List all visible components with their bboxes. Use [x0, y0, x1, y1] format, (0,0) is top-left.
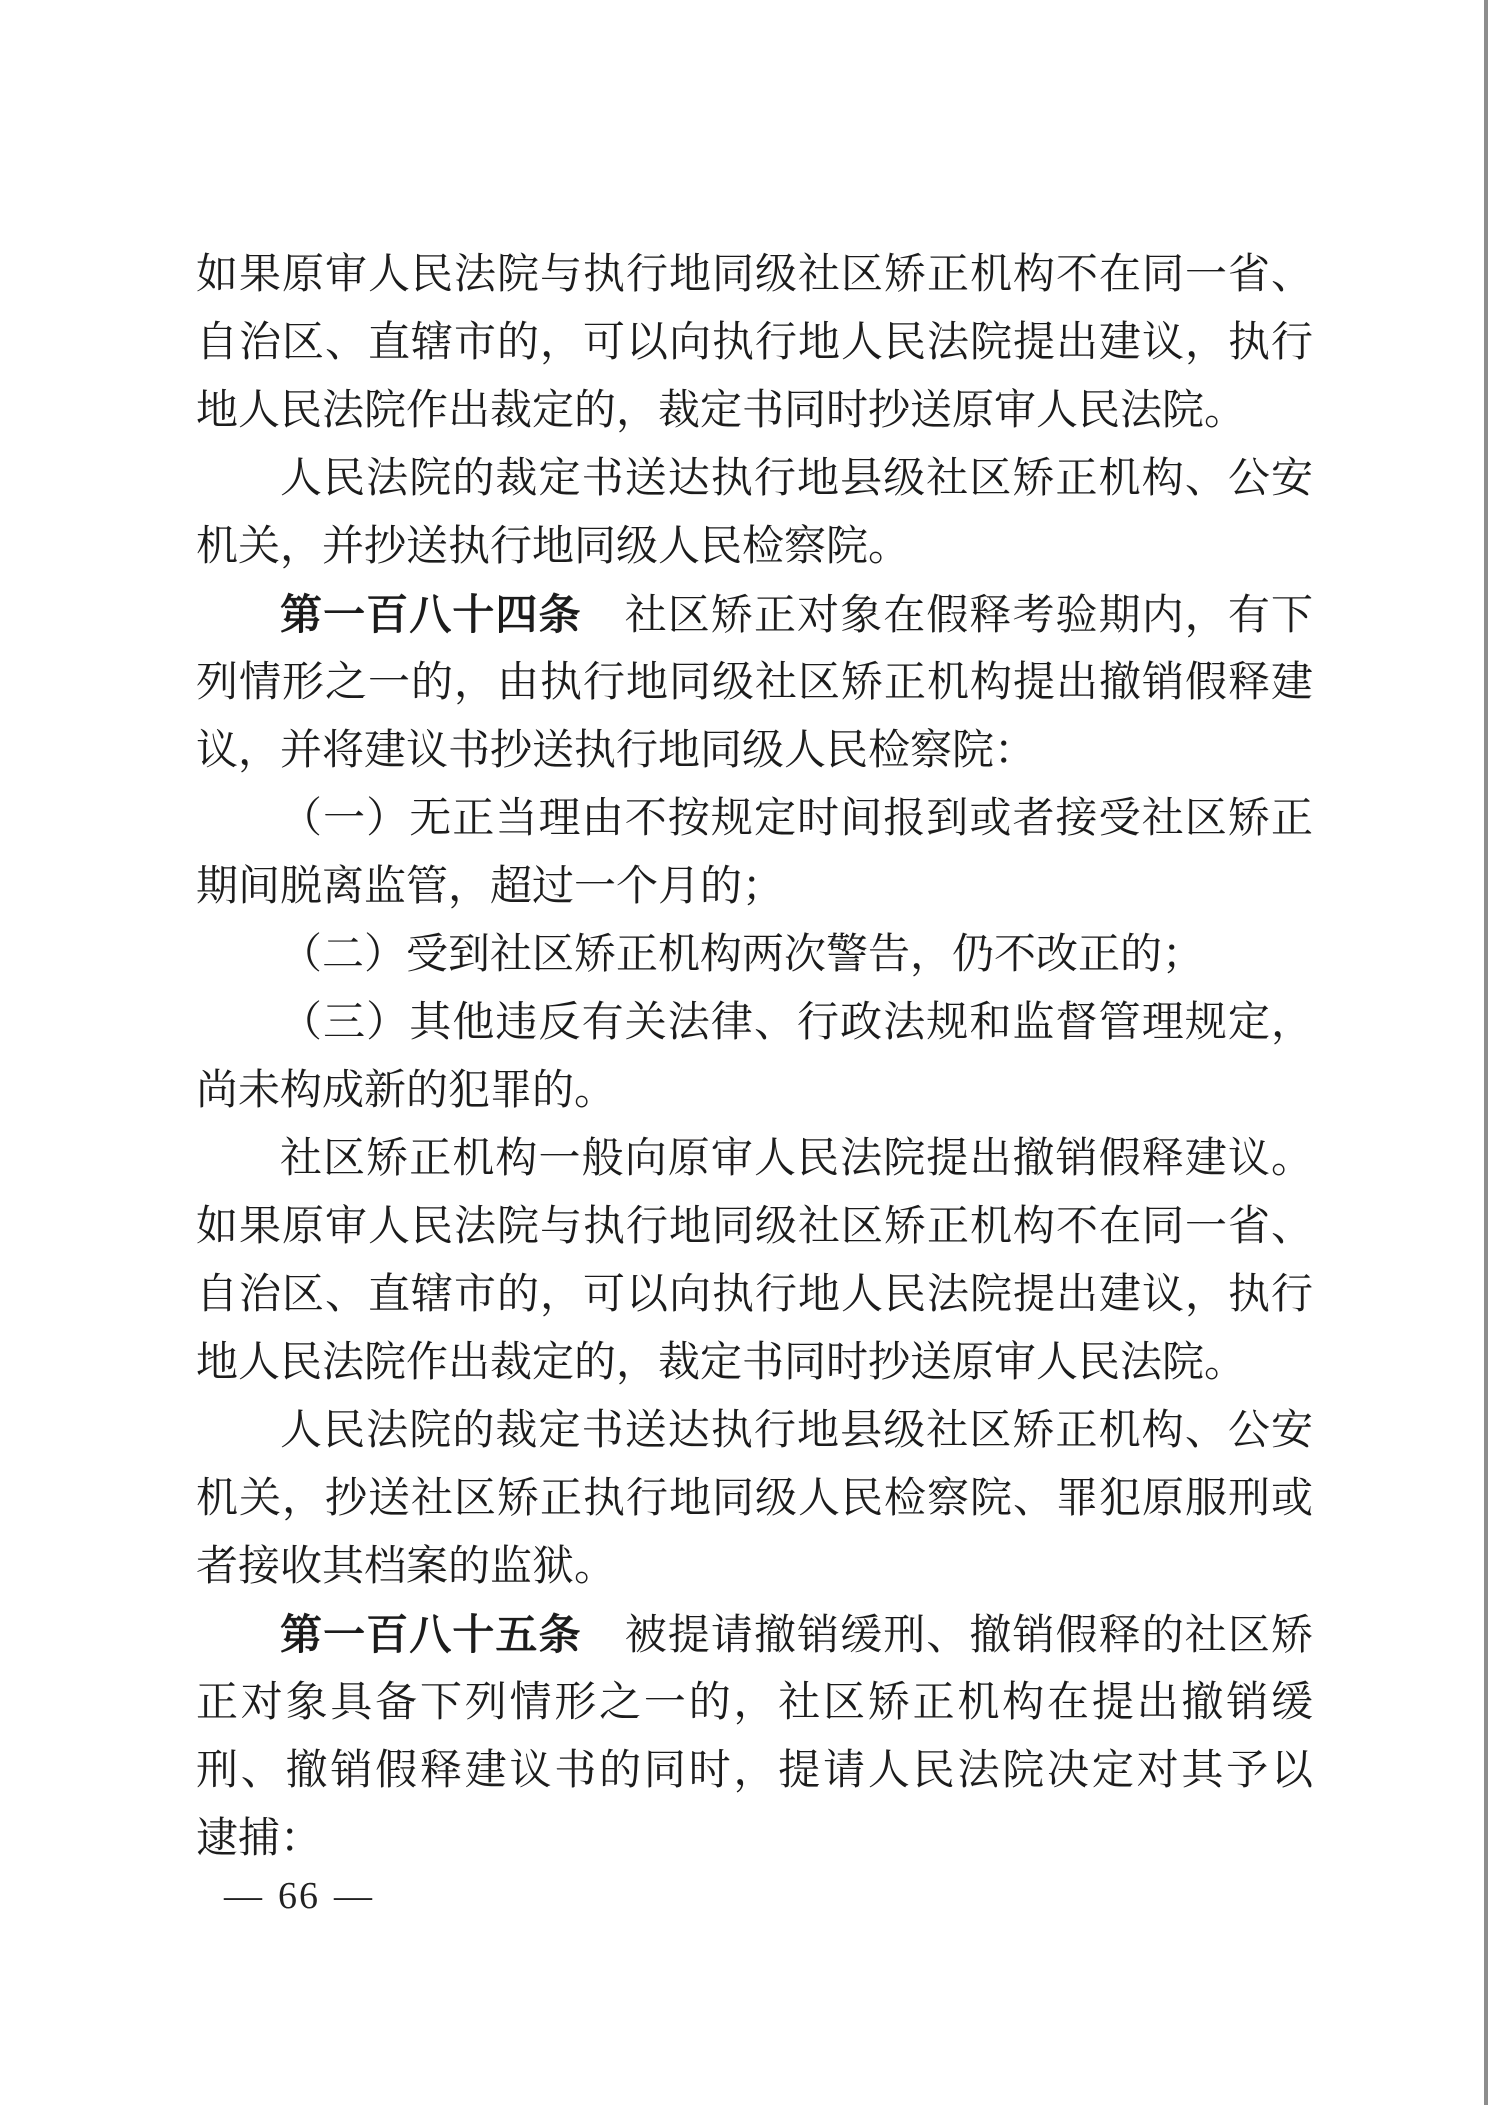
text-line-article-185: 第一百八十五条 被提请撤销缓刑、撤销假释的社区矫 — [196, 1601, 1313, 1669]
footer-dash-left: — — [224, 1875, 264, 1917]
article-lead-text: 社区矫正对象在假释考验期内，有下 — [582, 593, 1313, 639]
text-line: 正对象具备下列情形之一的，社区矫正机构在提出撤销缓 — [196, 1669, 1313, 1737]
document-text-block: 如果原审人民法院与执行地同级社区矫正机构不在同一省、 自治区、直辖市的，可以向执… — [196, 241, 1313, 1873]
page-footer: —66— — [224, 1872, 374, 1920]
scan-edge-line — [1484, 0, 1488, 2105]
text-line: 如果原审人民法院与执行地同级社区矫正机构不在同一省、 — [196, 1193, 1313, 1261]
text-line: 逮捕： — [196, 1805, 1313, 1873]
document-page: 如果原审人民法院与执行地同级社区矫正机构不在同一省、 自治区、直辖市的，可以向执… — [0, 0, 1488, 2105]
text-line: 如果原审人民法院与执行地同级社区矫正机构不在同一省、 — [196, 241, 1313, 309]
text-line: 机关，并抄送执行地同级人民检察院。 — [196, 513, 1313, 581]
footer-dash-right: — — [334, 1875, 374, 1917]
page-number: 66 — [278, 1875, 320, 1917]
text-line: 议，并将建议书抄送执行地同级人民检察院： — [196, 717, 1313, 785]
article-number: 第一百八十四条 — [280, 591, 582, 638]
text-line: 自治区、直辖市的，可以向执行地人民法院提出建议，执行 — [196, 309, 1313, 377]
text-line: 社区矫正机构一般向原审人民法院提出撤销假释建议。 — [196, 1125, 1313, 1193]
text-line-article-184: 第一百八十四条 社区矫正对象在假释考验期内，有下 — [196, 581, 1313, 649]
text-line: 自治区、直辖市的，可以向执行地人民法院提出建议，执行 — [196, 1261, 1313, 1329]
text-line: 列情形之一的，由执行地同级社区矫正机构提出撤销假释建 — [196, 649, 1313, 717]
article-number: 第一百八十五条 — [280, 1611, 582, 1658]
text-line: 机关，抄送社区矫正执行地同级人民检察院、罪犯原服刑或 — [196, 1465, 1313, 1533]
text-line: （一）无正当理由不按规定时间报到或者接受社区矫正 — [196, 785, 1313, 853]
text-line: （二）受到社区矫正机构两次警告，仍不改正的； — [196, 921, 1313, 989]
text-line: 者接收其档案的监狱。 — [196, 1533, 1313, 1601]
text-line: 刑、撤销假释建议书的同时，提请人民法院决定对其予以 — [196, 1737, 1313, 1805]
text-line: 地人民法院作出裁定的，裁定书同时抄送原审人民法院。 — [196, 1329, 1313, 1397]
text-line: 人民法院的裁定书送达执行地县级社区矫正机构、公安 — [196, 1397, 1313, 1465]
text-line: （三）其他违反有关法律、行政法规和监督管理规定， — [196, 989, 1313, 1057]
article-lead-text: 被提请撤销缓刑、撤销假释的社区矫 — [582, 1613, 1313, 1659]
text-line: 期间脱离监管，超过一个月的； — [196, 853, 1313, 921]
text-line: 人民法院的裁定书送达执行地县级社区矫正机构、公安 — [196, 445, 1313, 513]
text-line: 地人民法院作出裁定的，裁定书同时抄送原审人民法院。 — [196, 377, 1313, 445]
text-line: 尚未构成新的犯罪的。 — [196, 1057, 1313, 1125]
